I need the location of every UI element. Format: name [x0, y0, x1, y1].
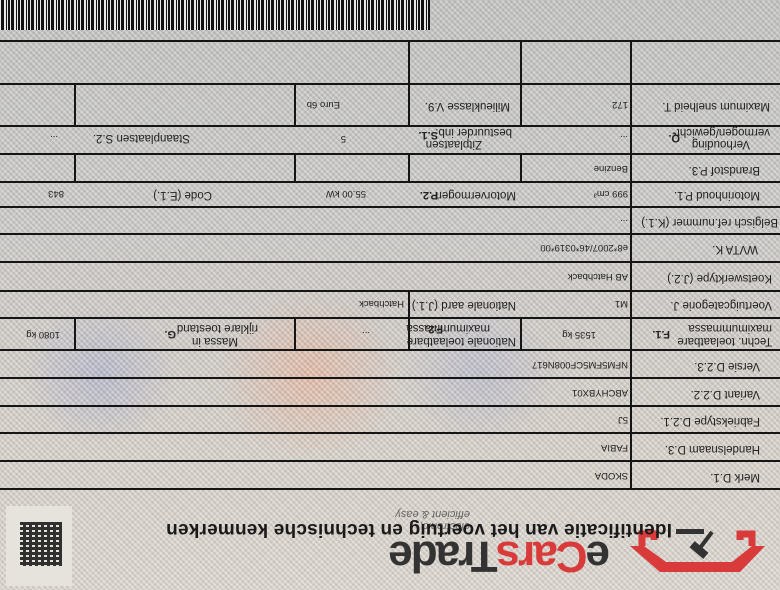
field-label-belgisch-ref: Belgisch ref.nummer (K.1.) — [641, 216, 778, 228]
field-label-milieuklasse: Milieuklasse V.9. — [425, 100, 510, 112]
field-label-categorie: Voertuigcategorie J. — [670, 299, 772, 311]
field-value-belgisch-ref: ... — [620, 216, 628, 228]
field-value-variant: ABCHYBX01 — [572, 386, 628, 398]
field-value-brandstof: Benzine — [594, 162, 628, 174]
field-label-fabriekstype: Fabriekstype D.2.1. — [660, 415, 760, 427]
field-value-versie: NFM5FM5CF008N617 — [532, 358, 628, 370]
field-value-massa-rijklaar: 1080 kg — [26, 328, 60, 340]
field-label-nationale-aard: Nationale aard (J.1.) — [412, 299, 516, 311]
field-label-staanplaatsen: Staanplaatsen S.2. — [93, 132, 190, 144]
field-value-motorvermogen: 55.00 kW — [326, 187, 366, 199]
field-label-massa-rijklaar: Massa in — [192, 335, 238, 347]
field-value-nationale-aard: Hatchback — [359, 297, 404, 309]
field-code-f1: F.1. — [652, 328, 670, 340]
field-value-fabriekstype: 5J — [618, 413, 628, 425]
field-code-p2: P.2. — [420, 189, 438, 201]
field-label-versie: Versie D.2.3. — [694, 360, 760, 372]
field-value-motorinhoud: 999 cm³ — [594, 187, 628, 199]
field-value-handelsnaam: FABIA — [601, 441, 628, 453]
field-label-variant: Variant D.2.2. — [691, 388, 760, 400]
field-value-merk: SKODA — [595, 469, 628, 481]
field-label-techn-massa: Techn. toelaatbare — [677, 335, 772, 347]
field-value-code-e1: 843 — [48, 187, 64, 199]
field-label-motorvermogen: Motorvermogen — [435, 189, 516, 201]
field-code-q: Q. — [668, 132, 680, 144]
field-label-brandstof: Brandstof P.3. — [689, 164, 760, 176]
field-value-techn-massa: 1535 kg — [562, 328, 596, 340]
field-value-max-snelheid: 172 — [612, 98, 628, 110]
field-value-wvta: e8*2007/46*0319*00 — [540, 241, 628, 253]
field-label-wvta: WVTA K. — [712, 243, 758, 255]
field-value-zitplaatsen: 5 — [341, 132, 346, 144]
field-value-milieuklasse: Euro 6b — [307, 98, 340, 110]
field-label-handelsnaam: Handelsnaam D.3. — [665, 443, 760, 455]
field-code-g: G. — [164, 328, 176, 340]
field-value-koetswerktype: AB Hatchback — [568, 270, 628, 282]
field-code-s1: S.1. — [418, 129, 438, 141]
field-label-merk: Merk D.1. — [710, 471, 760, 483]
field-label-koetswerktype: Koetswerktype (J.2.) — [667, 272, 772, 284]
field-label-max-snelheid: Maximum snelheid T. — [662, 100, 770, 112]
field-value-staanplaatsen: ... — [50, 132, 58, 144]
field-value-verhouding: ... — [620, 132, 628, 144]
field-label-code-e1: Code (E.1.) — [153, 189, 212, 201]
field-label-nat-massa: Nationale toelaatbare — [407, 335, 516, 347]
field-label-verhouding: Verhouding — [692, 138, 750, 150]
field-code-f2: F.2. — [425, 323, 443, 335]
fields-table: Merk D.1. SKODA Handelsnaam D.3. FABIA F… — [0, 0, 780, 590]
field-value-nat-massa: ... — [362, 328, 370, 340]
field-value-categorie: M1 — [615, 297, 628, 309]
registration-document-photo: eCarsTrade electronic, efficient & easy … — [0, 0, 780, 590]
field-label-motorinhoud: Motorinhoud P.1. — [674, 189, 760, 201]
